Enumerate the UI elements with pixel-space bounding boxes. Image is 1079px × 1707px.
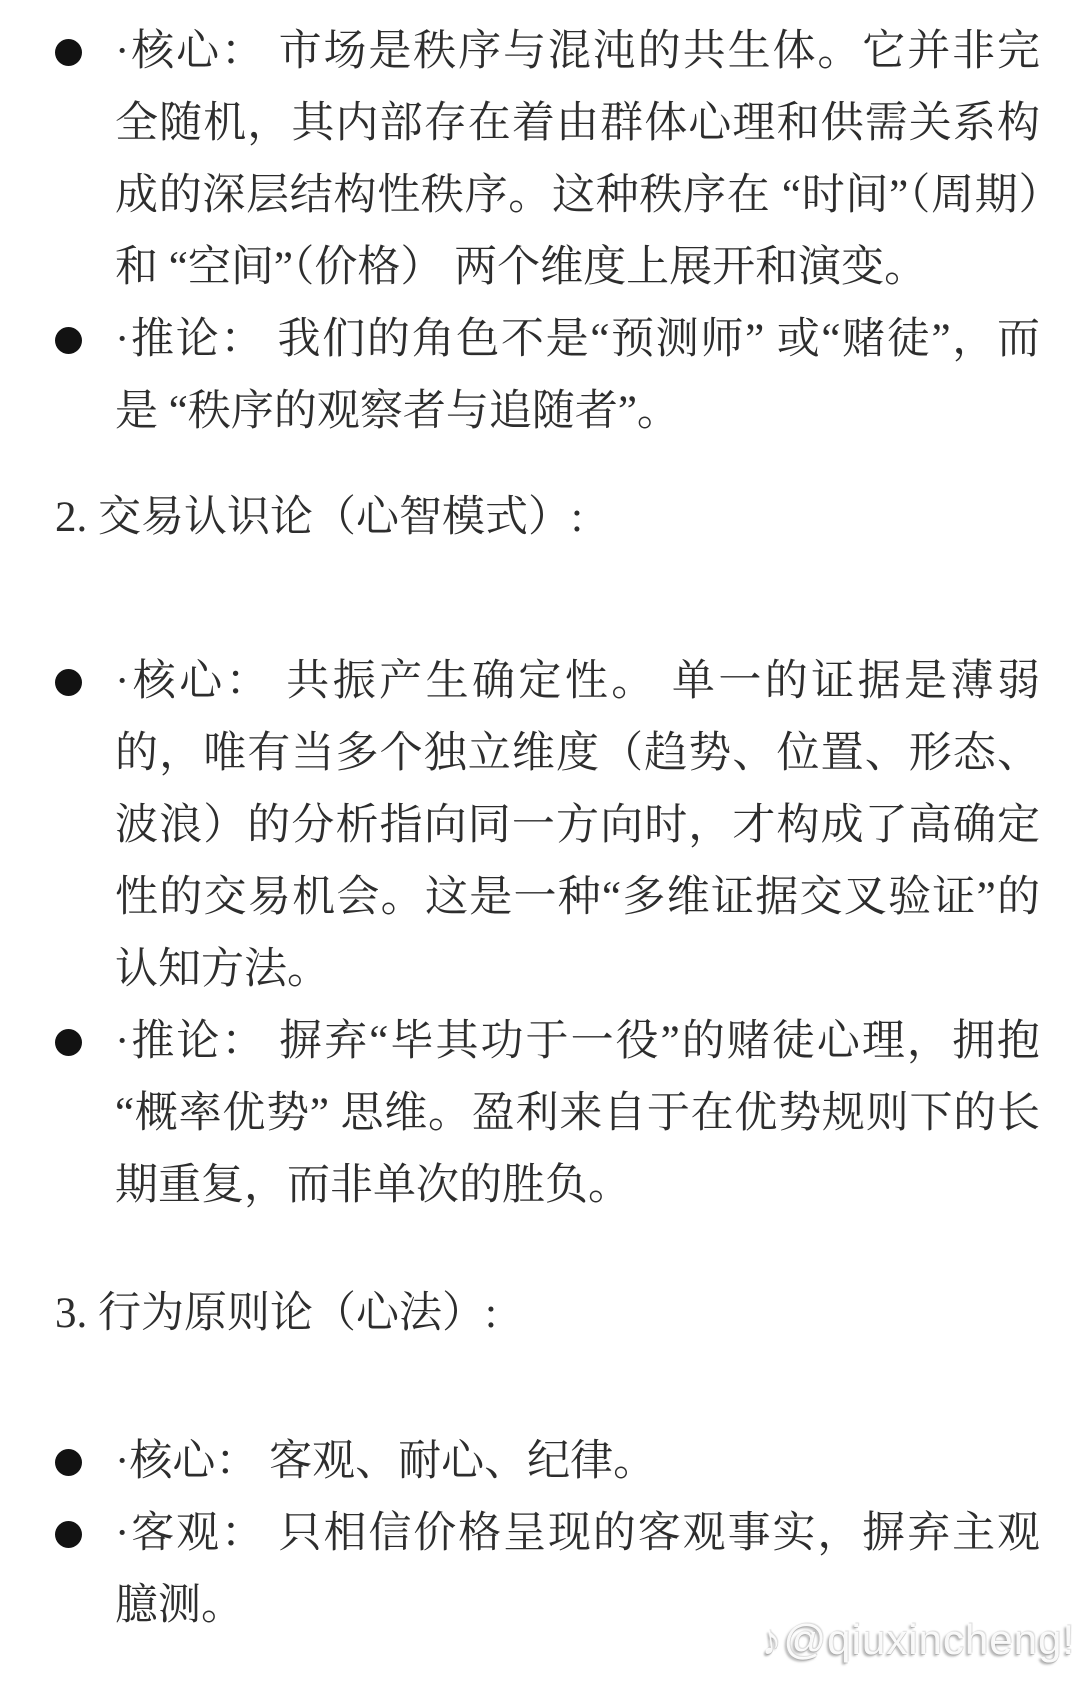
section1-list: ·核心： 市场是秩序与混沌的共生体。它并非完全随机，其内部存在着由群体心理和供需… <box>55 16 1040 448</box>
list-item-text: ·核心： 客观、耐心、纪律。 <box>115 1438 656 1485</box>
watermark: ♪@qiuxincheng! <box>760 1616 1075 1664</box>
bullet-icon <box>55 1521 82 1548</box>
list-item-text: ·推论： 我们的角色不是“预测师” 或“赌徒”，而是 “秩序的观察者与追随者”。 <box>115 316 1040 435</box>
list-item: ·推论： 摒弃“毕其功于一役”的赌徒心理，拥抱“概率优势” 思维。盈利来自于在优… <box>55 1006 1040 1222</box>
list-item: ·核心： 市场是秩序与混沌的共生体。它并非完全随机，其内部存在着由群体心理和供需… <box>55 16 1040 304</box>
section3-heading: 3. 行为原则论（心法）: <box>55 1278 1040 1350</box>
list-item: ·核心： 客观、耐心、纪律。 <box>55 1426 1040 1498</box>
bullet-icon <box>55 327 82 354</box>
section3-list: ·核心： 客观、耐心、纪律。 ·客观： 只相信价格呈现的客观事实，摒弃主观臆测。 <box>55 1426 1040 1642</box>
douyin-note-icon: ♪ <box>756 1615 784 1666</box>
list-item-text: ·核心： 市场是秩序与混沌的共生体。它并非完全随机，其内部存在着由群体心理和供需… <box>115 28 1040 291</box>
bullet-icon <box>55 1449 82 1476</box>
note-document: ·核心： 市场是秩序与混沌的共生体。它并非完全随机，其内部存在着由群体心理和供需… <box>0 0 1079 1642</box>
watermark-handle: @qiuxincheng! <box>784 1616 1075 1663</box>
list-item-text: ·推论： 摒弃“毕其功于一役”的赌徒心理，拥抱“概率优势” 思维。盈利来自于在优… <box>115 1018 1040 1209</box>
list-item: ·核心： 共振产生确定性。 单一的证据是薄弱的，唯有当多个独立维度（趋势、位置、… <box>55 646 1040 1006</box>
bullet-icon <box>55 39 82 66</box>
section2-list: ·核心： 共振产生确定性。 单一的证据是薄弱的，唯有当多个独立维度（趋势、位置、… <box>55 646 1040 1222</box>
bullet-icon <box>55 1029 82 1056</box>
list-item-text: ·核心： 共振产生确定性。 单一的证据是薄弱的，唯有当多个独立维度（趋势、位置、… <box>115 658 1040 993</box>
list-item: ·推论： 我们的角色不是“预测师” 或“赌徒”，而是 “秩序的观察者与追随者”。 <box>55 304 1040 448</box>
bullet-icon <box>55 669 82 696</box>
list-item-text: ·客观： 只相信价格呈现的客观事实，摒弃主观臆测。 <box>115 1510 1040 1629</box>
section2-heading: 2. 交易认识论（心智模式）: <box>55 482 1040 554</box>
